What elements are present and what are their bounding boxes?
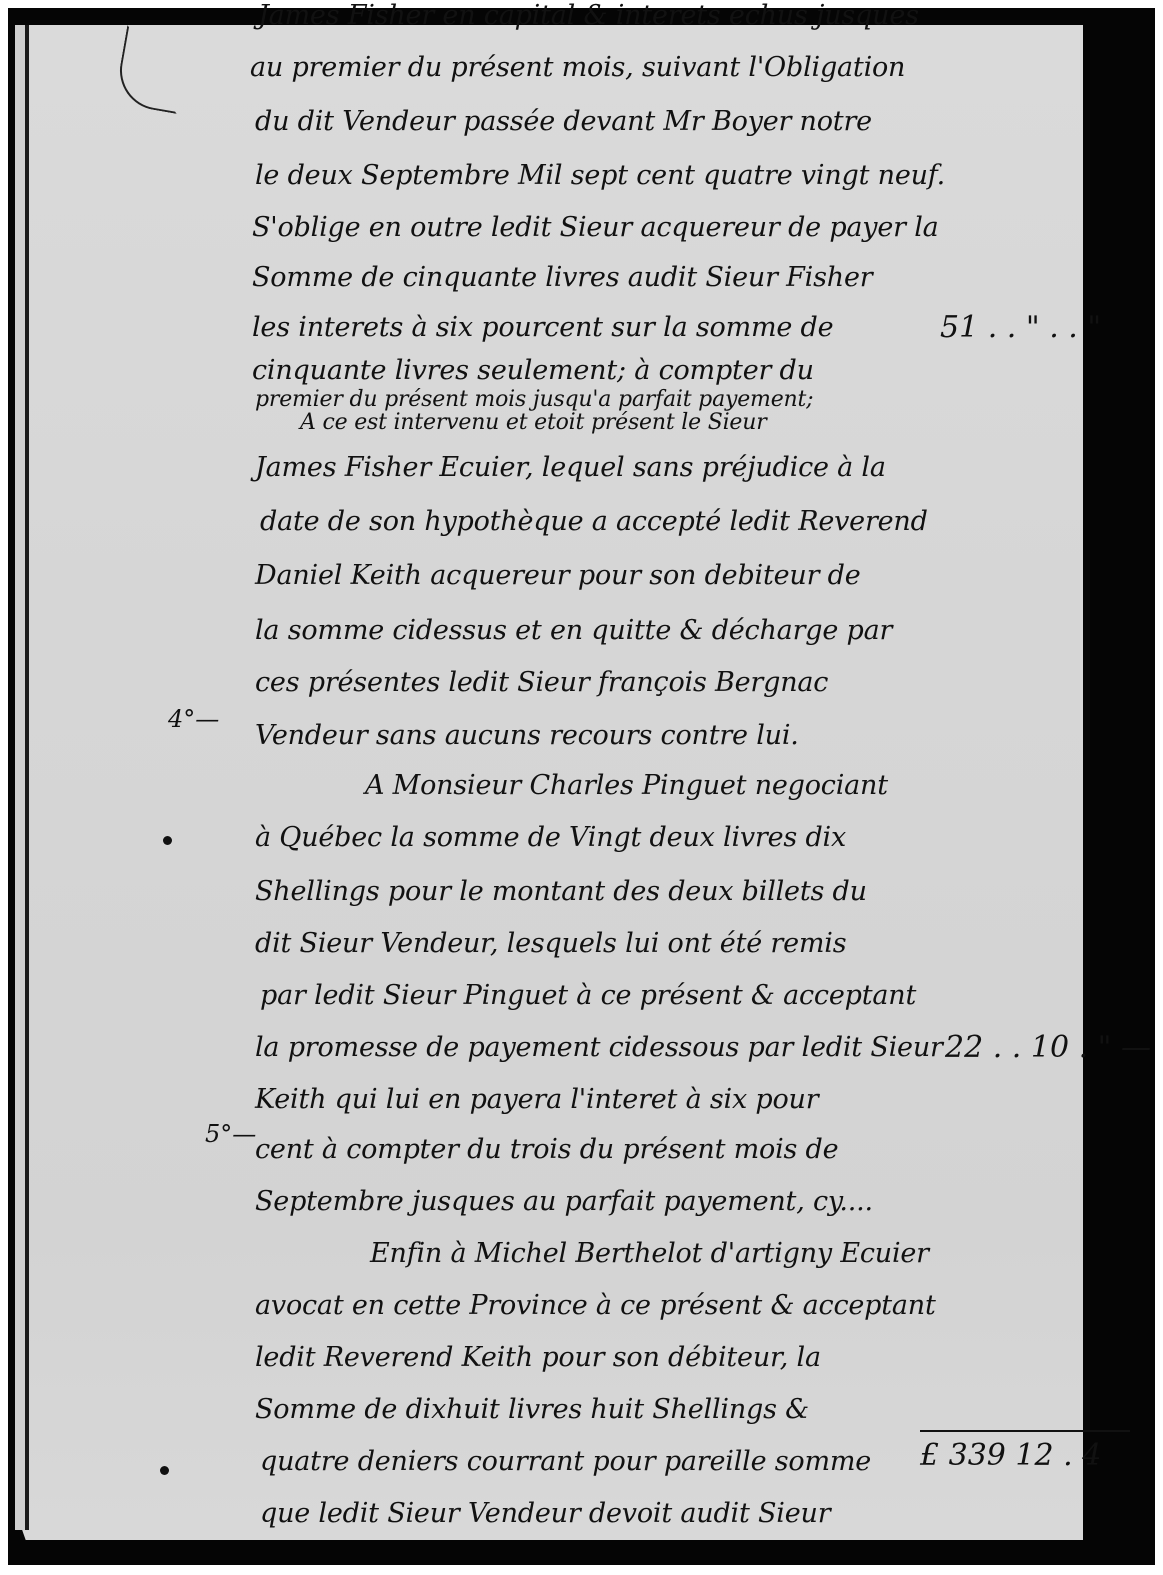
text-line: à Québec la somme de Vingt deux livres d… [255, 822, 846, 853]
text-line: dit Sieur Vendeur, lesquels lui ont été … [255, 928, 846, 959]
text-line: cinquante livres seulement; à compter du [252, 355, 814, 386]
text-line: avocat en cette Province à ce présent & … [255, 1290, 936, 1321]
margin-item-number-4: 4°— [168, 705, 219, 733]
text-line: James Fisher en capital & interets echus… [258, 0, 919, 31]
text-line: S'oblige en outre ledit Sieur acquereur … [252, 212, 939, 243]
text-line: les interets à six pourcent sur la somme… [252, 312, 833, 343]
text-line: Shellings pour le montant des deux bille… [255, 876, 867, 907]
text-line: premier du présent mois jusqu'a parfait … [255, 387, 813, 412]
text-line: par ledit Sieur Pinguet à ce présent & a… [260, 980, 916, 1011]
text-line: Daniel Keith acquereur pour son debiteur… [255, 560, 861, 591]
text-line: ces présentes ledit Sieur françois Bergn… [255, 667, 828, 698]
text-line: cent à compter du trois du présent mois … [255, 1134, 838, 1165]
text-line: A Monsieur Charles Pinguet negociant [365, 770, 888, 801]
text-line: Septembre jusques au parfait payement, c… [255, 1186, 873, 1217]
text-line: date de son hypothèque a accepté ledit R… [260, 506, 928, 537]
text-line: au premier du présent mois, suivant l'Ob… [250, 52, 905, 83]
total-rule [920, 1430, 1130, 1432]
margin-amount-51: 51 . . " . . " [940, 310, 1101, 345]
text-line: A ce est intervenu et etoit présent le S… [300, 410, 767, 435]
margin-amount-22-10: 22 . . 10 . " — [945, 1030, 1151, 1065]
ink-blot [160, 1466, 169, 1475]
text-line: le deux Septembre Mil sept cent quatre v… [255, 160, 945, 191]
total-amount: £ 339 12 . 4 [920, 1438, 1101, 1473]
text-line: Somme de cinquante livres audit Sieur Fi… [252, 262, 872, 293]
text-line: Keith qui lui en payera l'interet à six … [255, 1084, 818, 1115]
text-line: Enfin à Michel Berthelot d'artigny Ecuie… [370, 1238, 929, 1269]
text-line: la somme cidessus et en quitte & décharg… [255, 615, 892, 646]
text-line: Vendeur sans aucuns recours contre lui. [255, 720, 799, 751]
text-line: la promesse de payement cidessous par le… [255, 1032, 943, 1063]
margin-item-number-5: 5°— [205, 1120, 256, 1148]
page-binding-edge [15, 25, 29, 1530]
text-line: du dit Vendeur passée devant Mr Boyer no… [255, 106, 872, 137]
text-line: Somme de dixhuit livres huit Shellings & [255, 1394, 809, 1425]
text-line: que ledit Sieur Vendeur devoit audit Sie… [260, 1498, 830, 1529]
text-line: ledit Reverend Keith pour son débiteur, … [255, 1342, 821, 1373]
text-line: quatre deniers courrant pour pareille so… [260, 1446, 871, 1477]
text-line: James Fisher Ecuier, lequel sans préjudi… [255, 452, 886, 483]
ink-blot [163, 836, 172, 845]
